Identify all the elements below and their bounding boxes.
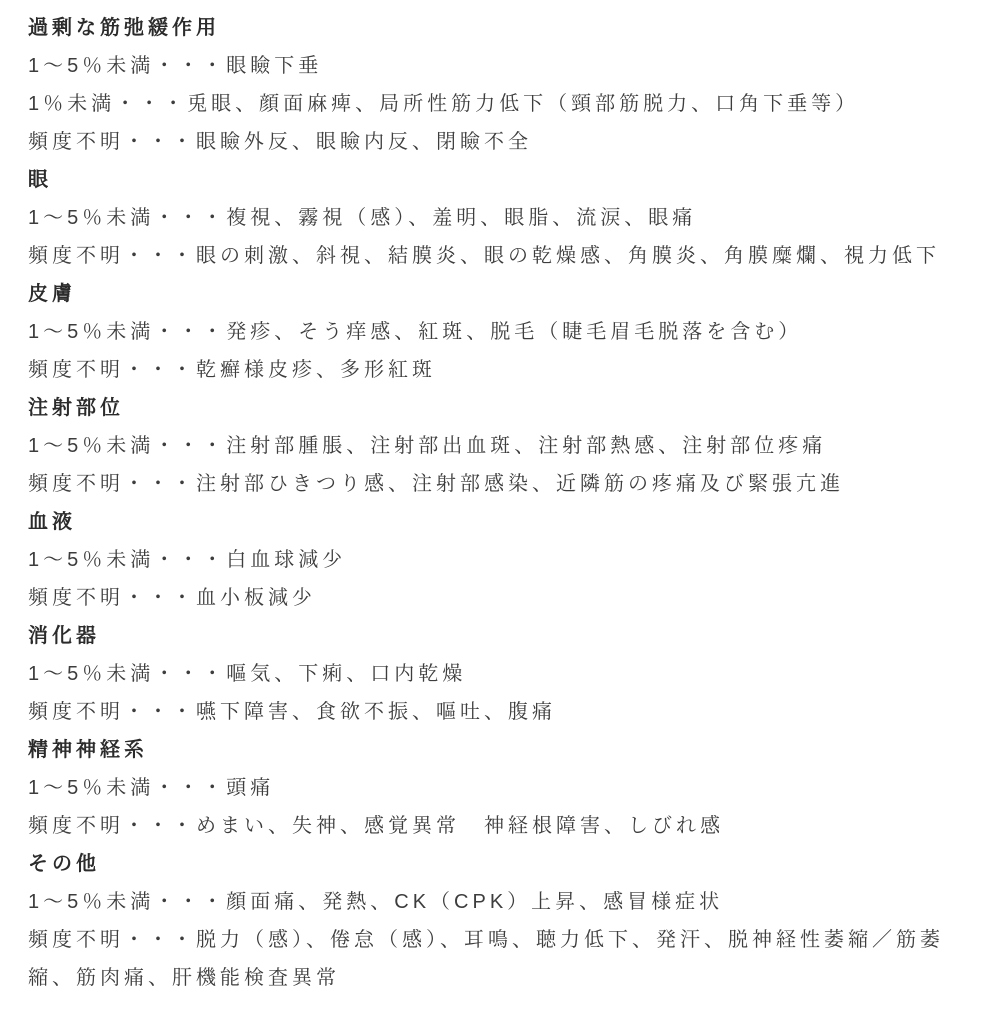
frequency-label: 頻度不明 [28,131,124,153]
reaction-items: 兎眼、顔面麻痺、局所性筋力低下（頸部筋脱力、口角下垂等） [187,93,859,115]
reaction-row: 頻度不明・・・脱力（感）、倦怠（感）、耳鳴、聴力低下、発汗、脱神経性萎縮／筋萎縮… [28,921,975,997]
reaction-items: 眼瞼外反、眼瞼内反、閉瞼不全 [196,131,532,153]
frequency-label: 1～5％未満 [28,435,154,457]
separator-dots: ・・・ [115,93,187,115]
reaction-items: めまい、失神、感覚異常 神経根障害、しびれ感 [196,815,724,837]
reaction-row: 1～5％未満・・・白血球減少 [28,541,975,579]
separator-dots: ・・・ [154,55,226,77]
frequency-label: 1％未満 [28,93,115,115]
separator-dots: ・・・ [124,359,196,381]
separator-dots: ・・・ [154,549,226,571]
reaction-row: 1～5％未満・・・顔面痛、発熱、CK（CPK）上昇、感冒様症状 [28,883,975,921]
frequency-label: 1～5％未満 [28,891,154,913]
reaction-items: 注射部腫脹、注射部出血斑、注射部熱感、注射部位疼痛 [226,435,826,457]
reaction-items: 頭痛 [226,777,274,799]
separator-dots: ・・・ [124,587,196,609]
reaction-row: 1～5％未満・・・嘔気、下痢、口内乾燥 [28,655,975,693]
separator-dots: ・・・ [154,435,226,457]
reaction-items: 乾癬様皮疹、多形紅斑 [196,359,436,381]
frequency-label: 頻度不明 [28,929,124,951]
frequency-label: 1～5％未満 [28,777,154,799]
reaction-row: 1～5％未満・・・複視、霧視（感）、羞明、眼脂、流涙、眼痛 [28,199,975,237]
separator-dots: ・・・ [124,473,196,495]
reaction-row: 1～5％未満・・・注射部腫脹、注射部出血斑、注射部熱感、注射部位疼痛 [28,427,975,465]
reaction-items: 嘔気、下痢、口内乾燥 [226,663,466,685]
frequency-label: 1～5％未満 [28,207,154,229]
section-heading: 注射部位 [28,389,975,427]
section-heading: 眼 [28,161,975,199]
frequency-label: 1～5％未満 [28,549,154,571]
section-heading: 精神神経系 [28,731,975,769]
reaction-items: 顔面痛、発熱、CK（CPK）上昇、感冒様症状 [226,891,723,913]
frequency-label: 頻度不明 [28,359,124,381]
separator-dots: ・・・ [124,815,196,837]
reaction-row: 1～5％未満・・・発疹、そう痒感、紅斑、脱毛（睫毛眉毛脱落を含む） [28,313,975,351]
reaction-row: 頻度不明・・・乾癬様皮疹、多形紅斑 [28,351,975,389]
reaction-items: 白血球減少 [226,549,346,571]
reaction-items: 眼の刺激、斜視、結膜炎、眼の乾燥感、角膜炎、角膜糜爛、視力低下 [196,245,940,267]
separator-dots: ・・・ [124,701,196,723]
frequency-label: 頻度不明 [28,473,124,495]
reaction-row: 頻度不明・・・眼の刺激、斜視、結膜炎、眼の乾燥感、角膜炎、角膜糜爛、視力低下 [28,237,975,275]
section-heading: その他 [28,845,975,883]
frequency-label: 1～5％未満 [28,321,154,343]
separator-dots: ・・・ [124,929,196,951]
section-heading: 血液 [28,503,975,541]
frequency-label: 頻度不明 [28,587,124,609]
section-heading: 皮膚 [28,275,975,313]
reaction-row: 頻度不明・・・めまい、失神、感覚異常 神経根障害、しびれ感 [28,807,975,845]
frequency-label: 頻度不明 [28,701,124,723]
separator-dots: ・・・ [124,245,196,267]
reaction-row: 頻度不明・・・眼瞼外反、眼瞼内反、閉瞼不全 [28,123,975,161]
section-heading: 過剰な筋弛緩作用 [28,9,975,47]
separator-dots: ・・・ [124,131,196,153]
frequency-label: 1～5％未満 [28,663,154,685]
reaction-items: 眼瞼下垂 [226,55,322,77]
frequency-label: 頻度不明 [28,245,124,267]
separator-dots: ・・・ [154,321,226,343]
reaction-items: 発疹、そう痒感、紅斑、脱毛（睫毛眉毛脱落を含む） [226,321,802,343]
reaction-items: 血小板減少 [196,587,316,609]
separator-dots: ・・・ [154,891,226,913]
reaction-row: 頻度不明・・・血小板減少 [28,579,975,617]
reaction-items: 嚥下障害、食欲不振、嘔吐、腹痛 [196,701,556,723]
frequency-label: 1～5％未満 [28,55,154,77]
frequency-label: 頻度不明 [28,815,124,837]
section-heading: 消化器 [28,617,975,655]
separator-dots: ・・・ [154,207,226,229]
separator-dots: ・・・ [154,777,226,799]
reaction-row: 1～5％未満・・・頭痛 [28,769,975,807]
reaction-items: 複視、霧視（感）、羞明、眼脂、流涙、眼痛 [226,207,696,229]
reaction-items: 注射部ひきつり感、注射部感染、近隣筋の疼痛及び緊張亢進 [196,473,844,495]
reaction-row: 1～5％未満・・・眼瞼下垂 [28,47,975,85]
adverse-reactions-document: 過剰な筋弛緩作用1～5％未満・・・眼瞼下垂1％未満・・・兎眼、顔面麻痺、局所性筋… [0,0,993,1017]
reaction-row: 1％未満・・・兎眼、顔面麻痺、局所性筋力低下（頸部筋脱力、口角下垂等） [28,85,975,123]
reaction-row: 頻度不明・・・注射部ひきつり感、注射部感染、近隣筋の疼痛及び緊張亢進 [28,465,975,503]
reaction-row: 頻度不明・・・嚥下障害、食欲不振、嘔吐、腹痛 [28,693,975,731]
separator-dots: ・・・ [154,663,226,685]
